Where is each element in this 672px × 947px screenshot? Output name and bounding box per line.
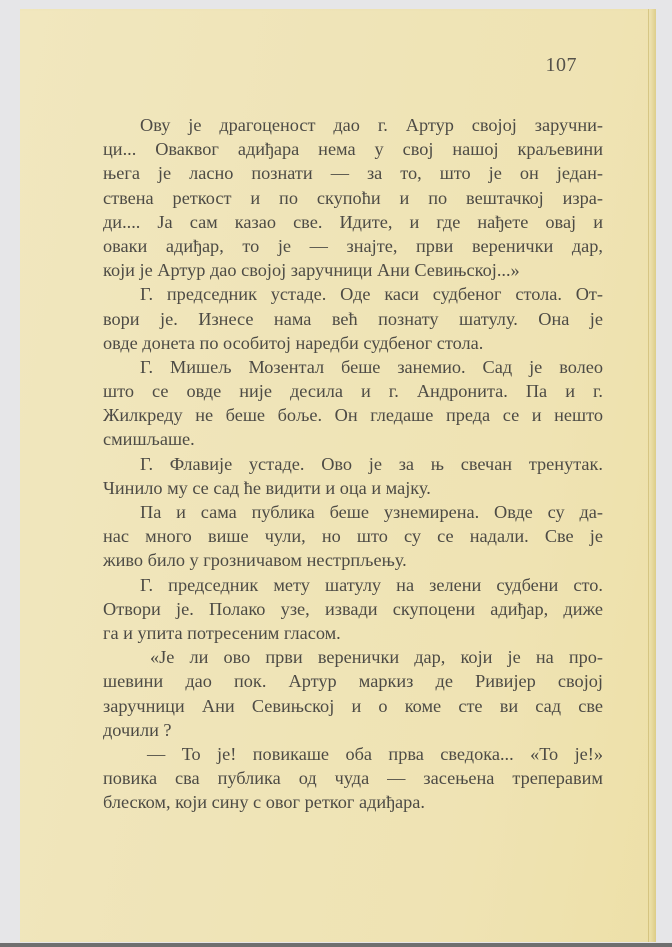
paragraph: Г. Флавије устаде. Ово је за њ свечан тр… [103,452,603,500]
text-line: Г. председник устаде. Оде каси судбеног … [103,282,603,306]
text-line: ствена реткост и по скупоћи и по вештачк… [103,186,603,210]
text-line: повика сва публика од чуда — засењена тр… [103,766,603,790]
text-line: смишљаше. [103,427,603,451]
text-line: заручници Ани Севињској и о коме сте ви … [103,694,603,718]
text-line: живо било у грозничавом нестрпљењу. [103,548,603,572]
text-line: Отвори је. Полако узе, извади скупоцени … [103,597,603,621]
text-line: — То је! повикаше оба прва сведока... «Т… [103,742,603,766]
paragraph: Па и сама публика беше узнемирена. Овде … [103,500,603,573]
text-line: Чинило му се сад ће видити и оца и мајку… [103,476,603,500]
book-page: 107 Ову је драгоценост дао г. Артур свој… [20,9,656,942]
text-line: Жилкреду не беше боље. Он гледаше преда … [103,403,603,427]
window-bottom-edge [0,943,672,947]
text-line: блеском, који сину с овог ретког адиђара… [103,790,603,814]
text-line: Г. председник мету шатулу на зелени судб… [103,573,603,597]
text-line: га и упита потресеним гласом. [103,621,603,645]
text-line: ци... Оваквог адиђара нема у свој нашој … [103,137,603,161]
page-number: 107 [546,54,578,77]
text-line: који је Артур дао својој заручници Ани С… [103,258,603,282]
paragraph: Ову је драгоценост дао г. Артур својој з… [103,113,603,282]
text-line: Г. Мишељ Мозентал беше занемио. Сад је в… [103,355,603,379]
paragraph: Г. председник устаде. Оде каси судбеног … [103,282,603,355]
text-line: «Је ли ово први веренички дар, који је н… [103,645,603,669]
paragraph: Г. председник мету шатулу на зелени судб… [103,573,603,646]
text-line: ди.... Ја сам казао све. Идите, и где на… [103,210,603,234]
text-line: што се овде није десила и г. Андронита. … [103,379,603,403]
text-line: овде донета по особитој наредби судбеног… [103,331,603,355]
paragraph: «Је ли ово први веренички дар, који је н… [103,645,603,742]
text-line: нас много више чули, но што су се надали… [103,524,603,548]
text-line: њега је ласно познати — за то, што је он… [103,161,603,185]
text-line: шевини дао пок. Артур маркиз де Ривијер … [103,669,603,693]
body-text: Ову је драгоценост дао г. Артур својој з… [103,113,603,814]
text-line: Г. Флавије устаде. Ово је за њ свечан тр… [103,452,603,476]
text-line: Ову је драгоценост дао г. Артур својој з… [103,113,603,137]
paragraph: — То је! повикаше оба прва сведока... «Т… [103,742,603,815]
text-line: оваки адиђар, то је — знајте, први верен… [103,234,603,258]
paragraph: Г. Мишељ Мозентал беше занемио. Сад је в… [103,355,603,452]
text-line: вори је. Изнесе нама већ познату шатулу.… [103,307,603,331]
text-line: Па и сама публика беше узнемирена. Овде … [103,500,603,524]
text-line: дочили ? [103,718,603,742]
